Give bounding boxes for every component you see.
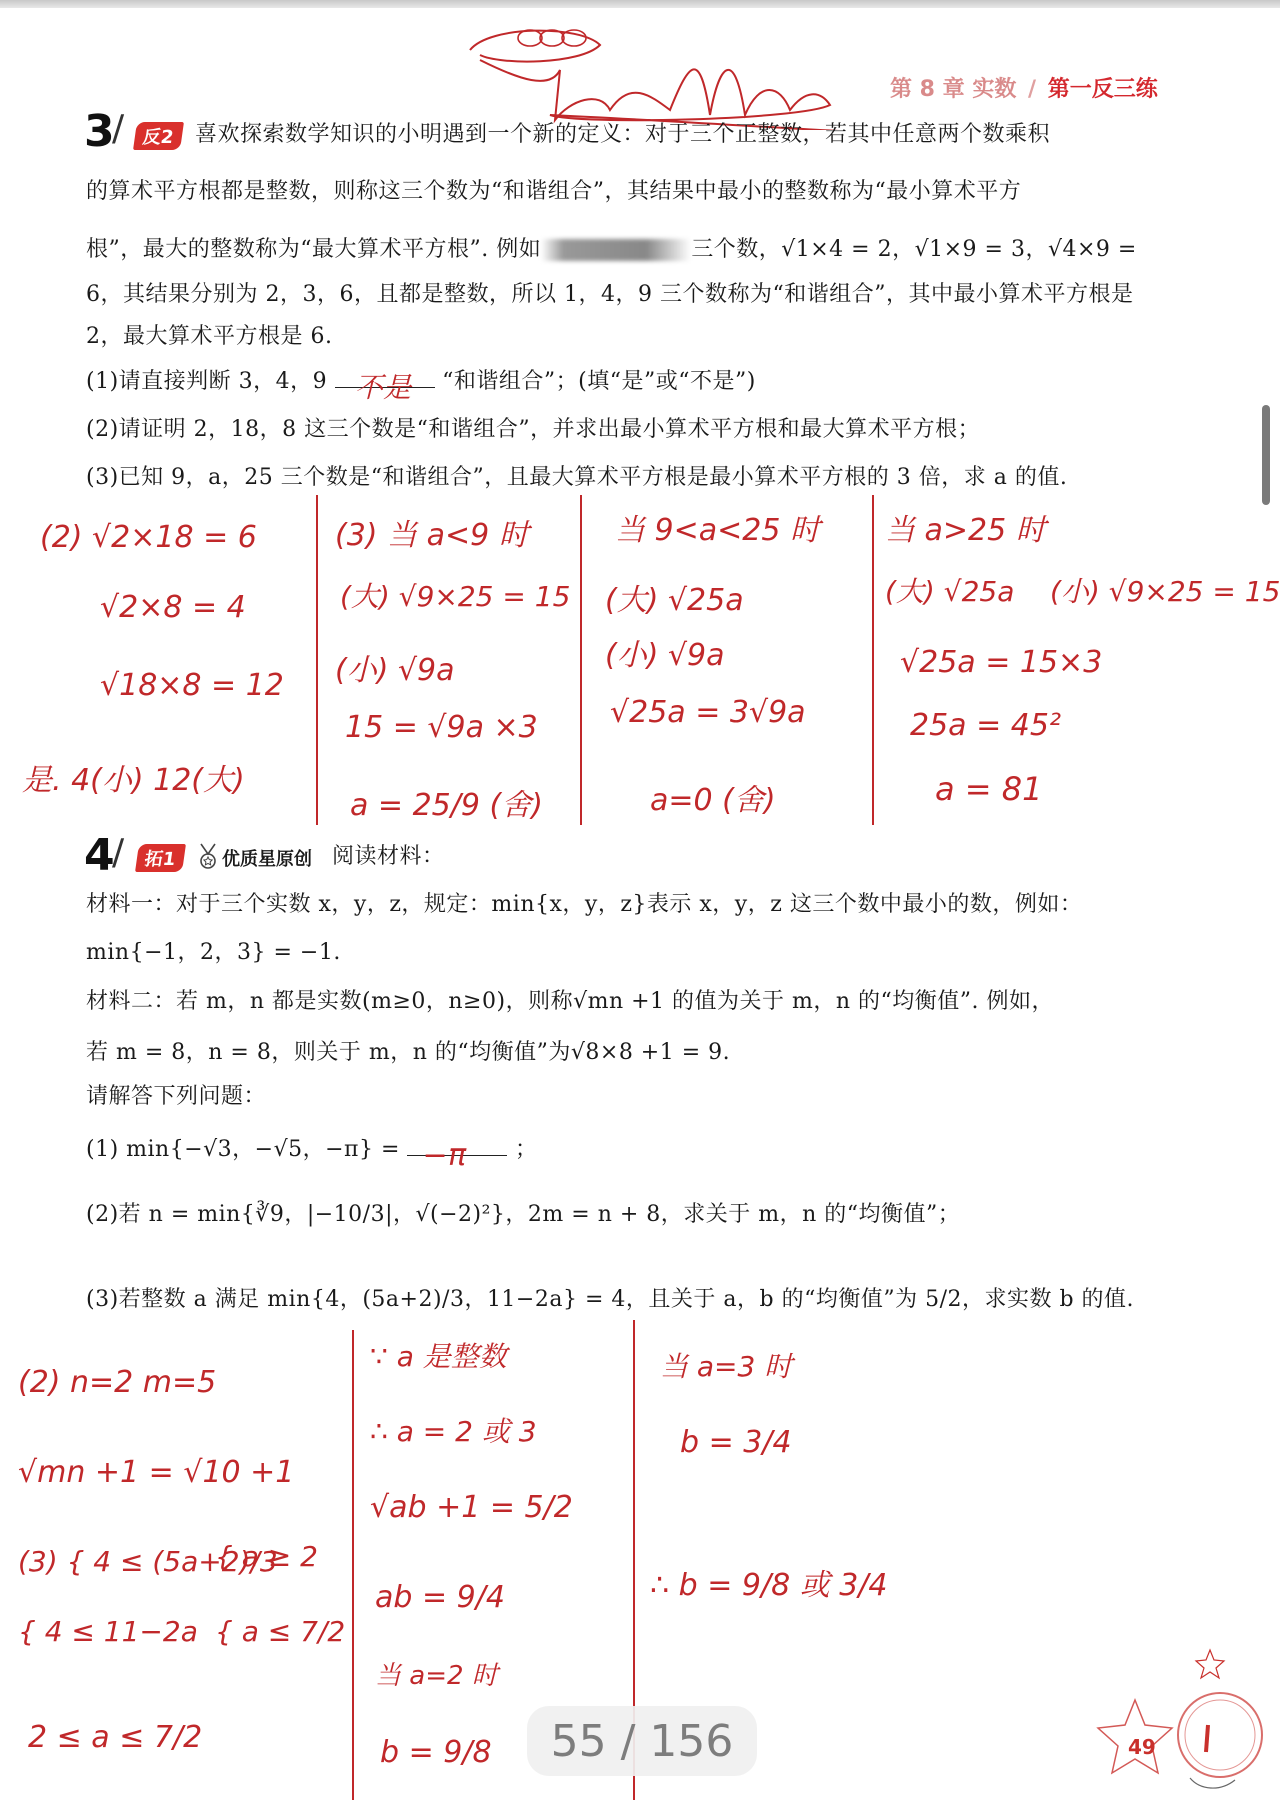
hw-q3-col1-line3: √18×8 = 12 <box>100 668 284 703</box>
separator: / <box>1028 77 1036 102</box>
hw-q4-col1-line6: { a ≤ 7/2 <box>215 1615 345 1648</box>
hw-q4-col2-line3: √ab +1 = 5/2 <box>370 1490 573 1525</box>
divider-line <box>352 1330 354 1800</box>
hw-q3-col3-line2: (大) √25a <box>605 575 744 619</box>
hw-q4-col1-line4: { 4 ≤ 11−2a <box>18 1615 198 1648</box>
hw-q4-col3-line2: b = 3/4 <box>680 1425 792 1460</box>
hw-q3-col2-line1: (3) 当 a<9 时 <box>335 510 529 554</box>
divider-line <box>316 495 318 825</box>
medal-icon <box>198 842 218 870</box>
page-indicator: 55 / 156 <box>527 1706 757 1776</box>
q3-part-1-blank[interactable]: 不是 <box>335 387 435 388</box>
hw-q4-col2-line2: ∴ a = 2 或 3 <box>370 1410 537 1450</box>
hw-q3-col4-line5: 25a = 45² <box>910 708 1061 743</box>
question-number-4: 4 <box>84 830 115 881</box>
hw-q3-col3-line5: a=0 (舍) <box>650 775 776 819</box>
original-badge: 优质星原创 <box>222 845 312 871</box>
hw-q3-col1-line4: 是. 4(小) 12(大) <box>22 755 245 799</box>
hw-q4-col1-line2: √mn +1 = √10 +1 <box>18 1455 294 1490</box>
q3-line-3-head: 根”，最大的整数称为“最大算术平方根”. 例如 <box>86 237 541 262</box>
hw-q3-col3-line3: (小) √9a <box>605 630 725 674</box>
q3-line-3: 根”，最大的整数称为“最大算术平方根”. 例如三个数，√1×4 = 2，√1×9… <box>86 235 1137 265</box>
printed-page-number: 49 <box>1128 1735 1156 1759</box>
q3-part-1-answer: 不是 <box>355 373 412 403</box>
hw-q3-col4-line4: √25a = 15×3 <box>900 645 1102 680</box>
question-number-3: 3 <box>84 106 115 157</box>
q4-material1-a: 材料一：对于三个实数 x，y，z，规定：min{x，y，z}表示 x，y，z 这… <box>86 890 1082 920</box>
hw-q3-col2-line2: (大) √9×25 = 15 <box>340 575 570 615</box>
question-slash: / <box>112 832 124 873</box>
hw-q3-col1-line2: √2×8 = 4 <box>100 590 246 625</box>
divider-line <box>580 495 582 825</box>
question-tag-3: 反2 <box>133 122 183 150</box>
q4-material2-b: 若 m = 8，n = 8，则关于 m，n 的“均衡值”为√8×8 +1 = 9… <box>86 1038 730 1068</box>
hw-q3-col1-line1: (2) √2×18 = 6 <box>40 520 257 555</box>
teacher-signature <box>460 20 880 130</box>
hw-q3-col4-line2: (大) √25a <box>885 570 1014 610</box>
q4-part-1-answer: −π <box>422 1141 466 1171</box>
q4-part-1-suffix: ； <box>515 1137 538 1162</box>
q3-part-3: (3)已知 9，a，25 三个数是“和谐组合”，且最大算术平方根是最小算术平方根… <box>86 463 1067 493</box>
hw-q3-col2-line4: 15 = √9a ×3 <box>345 710 538 745</box>
hw-q4-col3-line1: 当 a=3 时 <box>660 1345 792 1385</box>
running-head: 第 8 章 实数 / 第一反三练 <box>890 72 1158 103</box>
chapter-topic: 实数 <box>972 77 1016 102</box>
hw-q3-col4-line3: (小) √9×25 = 15 <box>1050 570 1280 610</box>
vertical-scrollbar[interactable] <box>1262 405 1270 505</box>
q4-part-1: (1) min{−√3，−√5，−π} = −π ； <box>86 1135 537 1165</box>
question-tag-4: 拓1 <box>135 844 185 872</box>
hw-q4-col2-line6: b = 9/8 <box>380 1735 492 1770</box>
hw-q3-col3-line4: √25a = 3√9a <box>610 695 806 730</box>
q3-line-5: 2，最大算术平方根是 6. <box>86 322 332 352</box>
hw-q4-col1-line5: { a ≥ 2 <box>215 1540 318 1573</box>
hw-q4-col2-line5: 当 a=2 时 <box>375 1655 498 1692</box>
hw-q4-col1-line7: 2 ≤ a ≤ 7/2 <box>28 1720 202 1755</box>
q4-part-1-blank[interactable]: −π <box>407 1155 507 1156</box>
q3-line-1: 喜欢探索数学知识的小明遇到一个新的定义：对于三个正整数，若其中任意两个数乘积 <box>195 120 1050 150</box>
q4-prompt: 请解答下列问题： <box>86 1082 266 1112</box>
series-title: 第一反三练 <box>1048 77 1158 102</box>
hw-q3-col4-line6: a = 81 <box>935 770 1042 808</box>
hw-q4-col2-line4: ab = 9/4 <box>375 1580 505 1615</box>
star-page-decoration-icon <box>1090 1640 1280 1810</box>
q3-line-3-tail: 三个数，√1×4 = 2，√1×9 = 3，√4×9 = <box>691 237 1137 262</box>
q4-part-2: (2)若 n = min{∛9，|−10/3|，√(−2)²}，2m = n +… <box>86 1200 960 1230</box>
q3-part-1: (1)请直接判断 3，4，9 不是 “和谐组合”；(填“是”或“不是”) <box>86 367 756 397</box>
hw-q4-col1-line1: (2) n=2 m=5 <box>18 1365 216 1400</box>
hw-q3-col3-line1: 当 9<a<25 时 <box>615 505 820 549</box>
hw-q4-col2-line1: ∵ a 是整数 <box>370 1335 507 1375</box>
q3-part-1-prefix: (1)请直接判断 3，4，9 <box>86 369 327 394</box>
hw-q3-col2-line3: (小) √9a <box>335 645 455 689</box>
q4-material2-a: 材料二：若 m，n 都是实数(m≥0，n≥0)，则称√mn +1 的值为关于 m… <box>86 987 1054 1017</box>
q4-material1-b: min{−1，2，3} = −1. <box>86 938 341 968</box>
hw-q3-col2-line5: a = 25/9 (舍) <box>350 780 543 824</box>
q4-part-1-prefix: (1) min{−√3，−√5，−π} = <box>86 1137 400 1162</box>
hw-q4-col3-line3: ∴ b = 9/8 或 3/4 <box>650 1560 888 1604</box>
question-slash: / <box>112 108 124 149</box>
q4-intro: 阅读材料： <box>332 842 445 872</box>
divider-line <box>872 495 874 825</box>
q3-line-4: 6，其结果分别为 2，3，6，且都是整数，所以 1，4，9 三个数称为“和谐组合… <box>86 280 1133 310</box>
redacted-region <box>541 239 691 261</box>
q4-part-3: (3)若整数 a 满足 min{4，(5a+2)/3，11−2a} = 4，且关… <box>86 1285 1134 1315</box>
chapter-label: 第 8 章 <box>890 77 965 102</box>
q3-line-2: 的算术平方根都是整数，则称这三个数为“和谐组合”，其结果中最小的整数称为“最小算… <box>86 177 1021 207</box>
hw-q3-col4-line1: 当 a>25 时 <box>885 505 1046 549</box>
viewer-top-edge <box>0 0 1280 8</box>
q3-part-2: (2)请证明 2，18，8 这三个数是“和谐组合”，并求出最小算术平方根和最大算… <box>86 415 980 445</box>
q3-part-1-suffix: “和谐组合”；(填“是”或“不是”) <box>442 369 756 394</box>
